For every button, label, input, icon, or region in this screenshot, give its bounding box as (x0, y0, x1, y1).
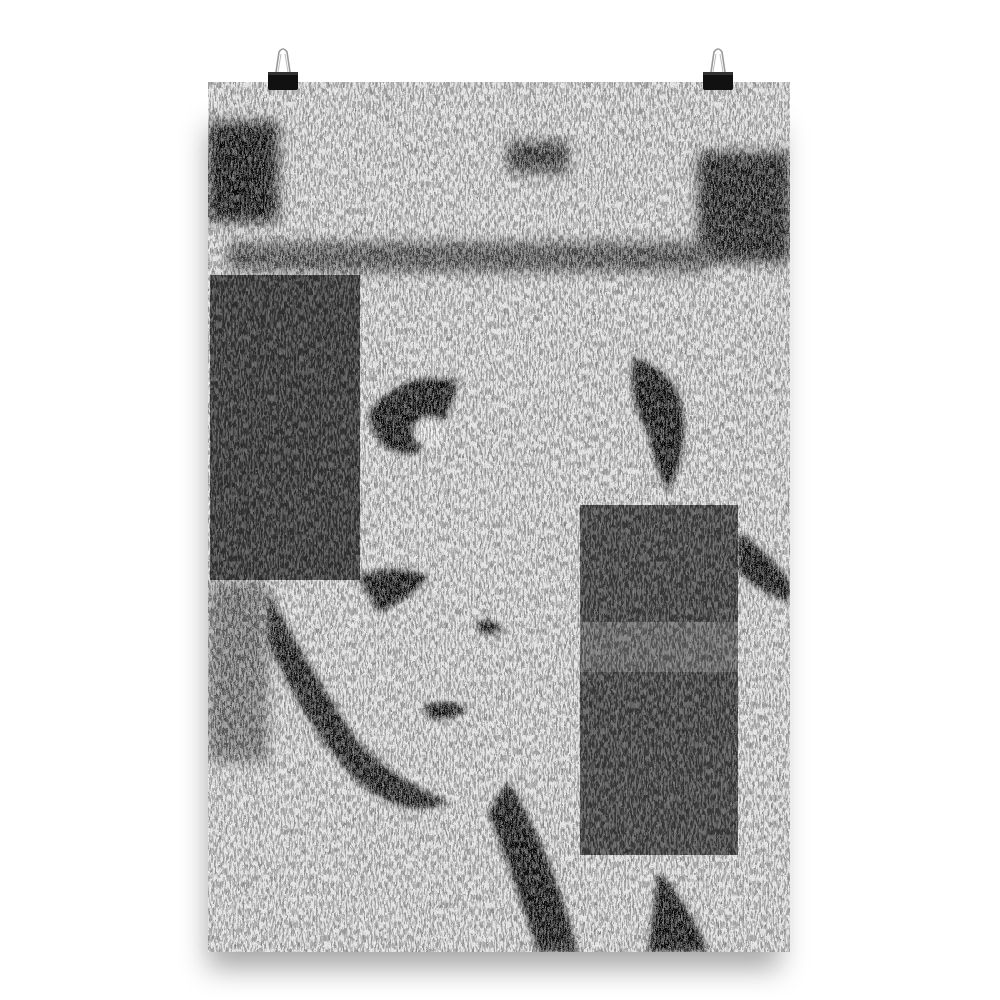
left-binder-clip-icon (267, 46, 299, 94)
portrait-artwork (208, 82, 790, 952)
right-binder-clip-icon (702, 46, 734, 94)
poster (208, 82, 790, 952)
poster-mockup-scene (0, 0, 1000, 1000)
